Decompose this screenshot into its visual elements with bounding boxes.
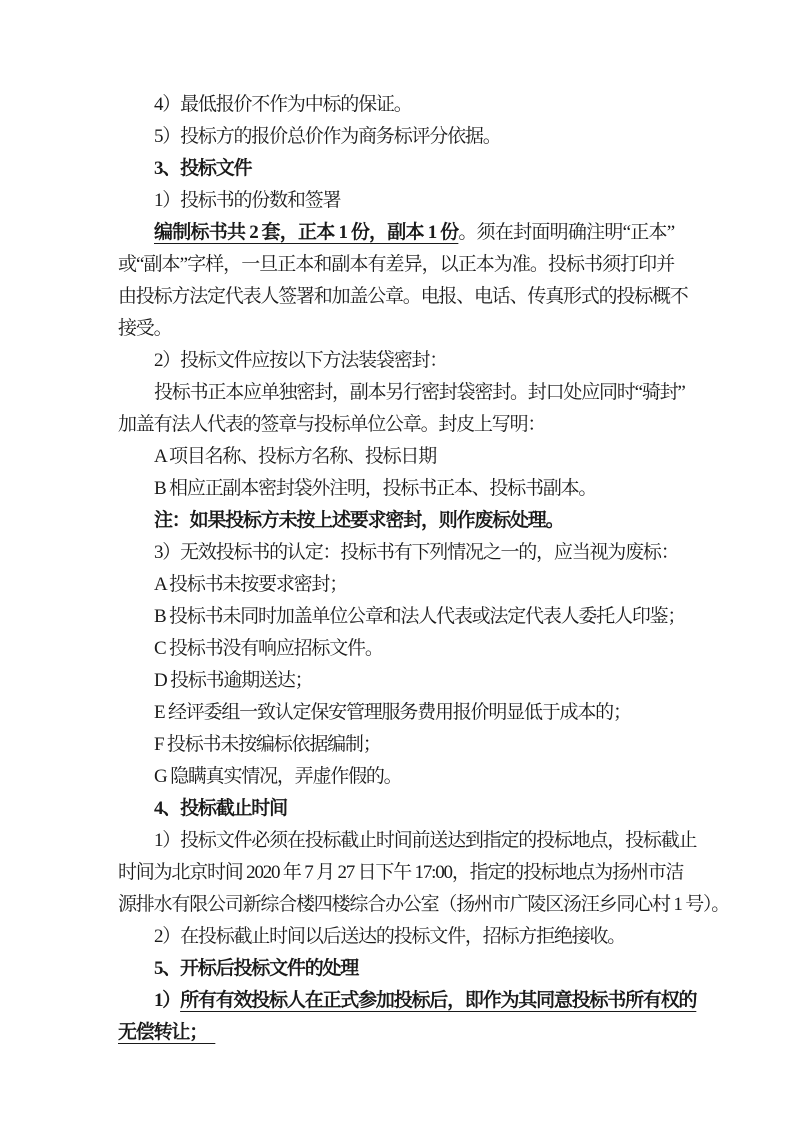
text-line: A 项目名称、投标方名称、投标日期 (118, 441, 674, 473)
text-line: 由投标方法定代表人签署和加盖公章。电报、电话、传真形式的投标概不 (118, 281, 674, 313)
text-line: 4、投标截止时间 (118, 793, 674, 825)
text-line: 接受。 (118, 313, 674, 345)
text-segment: 。须在封面明确注明“正本” (458, 222, 674, 243)
text-line: 4）最低报价不作为中标的保证。 (118, 89, 674, 121)
text-segment: 2）在投标截止时间以后送达的投标文件，招标方拒绝接收。 (154, 926, 625, 947)
text-segment: B 相应正副本密封袋外注明，投标书正本、投标书副本。 (154, 478, 596, 499)
text-segment: F 投标书未按编标依据编制； (154, 734, 381, 755)
text-line: 3、投标文件 (118, 153, 674, 185)
text-segment: 源排水有限公司新综合楼四楼综合办公室（扬州市广陵区汤汪乡同心村 1 号）。 (118, 894, 729, 915)
text-line: 投标书正本应单独密封，副本另行密封袋密封。封口处应同时“骑封” (118, 377, 674, 409)
text-line: F 投标书未按编标依据编制； (118, 729, 674, 761)
text-line: 2）投标文件应按以下方法装袋密封： (118, 345, 674, 377)
text-segment (198, 1022, 216, 1043)
text-line: 或“副本”字样，一旦正本和副本有差异，以正本为准。投标书须打印并 (118, 249, 674, 281)
text-line: 编制标书共 2 套，正本 1 份，副本 1 份。须在封面明确注明“正本” (118, 217, 674, 249)
text-block: 4）最低报价不作为中标的保证。5）投标方的报价总价作为商务标评分依据。3、投标文… (118, 89, 674, 1049)
text-segment: A 投标书未按要求密封； (154, 574, 347, 595)
text-line: 加盖有法人代表的签章与投标单位公章。封皮上写明： (118, 409, 674, 441)
text-segment: 时间为北京时间 2020 年 7 月 27 日下午 17:00，指定的投标地点为… (118, 862, 683, 883)
text-line: 2）在投标截止时间以后送达的投标文件，招标方拒绝接收。 (118, 921, 674, 953)
text-segment: 5）投标方的报价总价作为商务标评分依据。 (154, 126, 501, 147)
text-segment: 编制标书共 2 套，正本 1 份，副本 1 份 (154, 222, 458, 243)
text-segment: 或“副本”字样，一旦正本和副本有差异，以正本为准。投标书须打印并 (118, 254, 674, 275)
document-page: 4）最低报价不作为中标的保证。5）投标方的报价总价作为商务标评分依据。3、投标文… (0, 0, 793, 1122)
text-segment: 无偿转让； (118, 1022, 198, 1043)
text-segment: E 经评委组一致认定保安管理服务费用报价明显低于成本的； (154, 702, 631, 723)
text-segment: 接受。 (118, 318, 171, 339)
text-segment: 3）无效投标书的认定：投标书有下列情况之一的，应当视为废标： (154, 542, 679, 563)
text-line: 1）投标文件必须在投标截止时间前送达到指定的投标地点，投标截止 (118, 825, 674, 857)
text-line: G 隐瞒真实情况，弄虚作假的。 (118, 761, 674, 793)
text-line: 3）无效投标书的认定：投标书有下列情况之一的，应当视为废标： (118, 537, 674, 569)
text-line: 1）投标书的份数和签署 (118, 185, 674, 217)
text-segment: 由投标方法定代表人签署和加盖公章。电报、电话、传真形式的投标概不 (118, 286, 688, 307)
text-line: A 投标书未按要求密封； (118, 569, 674, 601)
text-line: B 投标书未同时加盖单位公章和法人代表或法定代表人委托人印鉴； (118, 601, 674, 633)
text-line: 5、开标后投标文件的处理 (118, 953, 674, 985)
text-segment: 1）投标文件必须在投标截止时间前送达到指定的投标地点，投标截止 (154, 830, 696, 851)
text-line: E 经评委组一致认定保安管理服务费用报价明显低于成本的； (118, 697, 674, 729)
text-segment: 所有有效投标人在正式参加投标后，即作为其同意投标书所有权的 (180, 990, 696, 1011)
text-line: 1）所有有效投标人在正式参加投标后，即作为其同意投标书所有权的 (118, 985, 674, 1017)
text-line: C 投标书没有响应招标文件。 (118, 633, 674, 665)
text-segment: D 投标书逾期送达； (154, 670, 312, 691)
text-segment: B 投标书未同时加盖单位公章和法人代表或法定代表人委托人印鉴； (154, 606, 685, 627)
text-line: 注：如果投标方未按上述要求密封，则作废标处理。 (118, 505, 674, 537)
text-segment: 4）最低报价不作为中标的保证。 (154, 94, 412, 115)
text-segment: G 隐瞒真实情况，弄虚作假的。 (154, 766, 401, 787)
text-segment: 投标书正本应单独密封，副本另行密封袋密封。封口处应同时“骑封” (154, 382, 685, 403)
text-line: 5）投标方的报价总价作为商务标评分依据。 (118, 121, 674, 153)
text-segment: 4、投标截止时间 (154, 798, 287, 819)
text-segment: 1） (154, 990, 180, 1011)
text-segment: 加盖有法人代表的签章与投标单位公章。封皮上写明： (118, 414, 545, 435)
text-segment: 2）投标文件应按以下方法装袋密封： (154, 350, 447, 371)
text-line: D 投标书逾期送达； (118, 665, 674, 697)
text-line: B 相应正副本密封袋外注明，投标书正本、投标书副本。 (118, 473, 674, 505)
text-segment: C 投标书没有响应招标文件。 (154, 638, 383, 659)
text-segment: 1）投标书的份数和签署 (154, 190, 340, 211)
text-line: 无偿转让； (118, 1017, 674, 1049)
text-segment: A 项目名称、投标方名称、投标日期 (154, 446, 436, 467)
text-segment: 注：如果投标方未按上述要求密封，则作废标处理。 (154, 510, 563, 531)
text-segment: 3、投标文件 (154, 158, 251, 179)
text-line: 时间为北京时间 2020 年 7 月 27 日下午 17:00，指定的投标地点为… (118, 857, 674, 889)
text-line: 源排水有限公司新综合楼四楼综合办公室（扬州市广陵区汤汪乡同心村 1 号）。 (118, 889, 674, 921)
text-segment: 5、开标后投标文件的处理 (154, 958, 358, 979)
